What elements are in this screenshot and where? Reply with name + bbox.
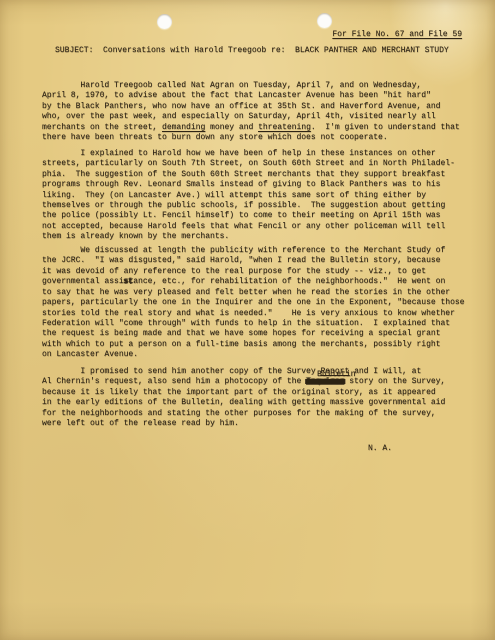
- document-line: them is already known by the merchants.: [42, 232, 466, 242]
- document-line: the police (possibly Lt. Fencil himself)…: [42, 211, 466, 221]
- document-line: We discussed at length the publicity wit…: [42, 246, 466, 256]
- document-line: Al Chernin's request, also send him a ph…: [42, 377, 466, 387]
- document-line: papers, particularly the one in the Inqu…: [42, 298, 466, 308]
- paragraph: We discussed at length the publicity wit…: [42, 246, 466, 361]
- document-line: the JCRC. "I was disgusted," said Harold…: [42, 256, 466, 266]
- interline-correction: Bulletin: [317, 370, 355, 380]
- document-line: streets, particularly on South 7th Stree…: [42, 159, 466, 169]
- document-line: with which to put a person on a full-tim…: [42, 340, 466, 350]
- document-line: there have been threats to burn down any…: [42, 133, 466, 143]
- document-line: on Lancaster Avenue.: [42, 350, 466, 360]
- document-line: in the early editions of the Bulletin, d…: [42, 398, 466, 408]
- struck-word: BulletinInquirer: [306, 377, 344, 386]
- document-line: I explained to Harold how we have been o…: [42, 149, 466, 159]
- document-line: not accepted, because Harold feels that …: [42, 222, 466, 232]
- document-line: themselves or through the public schools…: [42, 201, 466, 211]
- file-reference: For File No. 67 and File 59: [332, 30, 462, 40]
- document-line: by the Black Panthers, who now have an o…: [42, 102, 466, 112]
- scanned-memo-page: For File No. 67 and File 59 SUBJECT: Con…: [0, 0, 495, 640]
- document-line: phia. The suggestion of the South 60th S…: [42, 170, 466, 180]
- document-line: programs through Rev. Leonard Smalls ins…: [42, 180, 466, 190]
- document-line: liking. They (on Lancaster Ave.) will at…: [42, 191, 466, 201]
- document-line: it was devoid of any reference to the re…: [42, 267, 466, 277]
- paragraph: Harold Treegoob called Nat Agran on Tues…: [42, 81, 466, 144]
- document-line: were left out of the release read by him…: [42, 419, 466, 429]
- document-line: merchants on the street, demanding money…: [42, 123, 466, 133]
- document-line: stories told the real story and what is …: [42, 309, 466, 319]
- document-line: the request is being made and that we ha…: [42, 329, 466, 339]
- subject-line: SUBJECT: Conversations with Harold Treeg…: [55, 46, 449, 56]
- document-line: April 8, 1970, to advise about the fact …: [42, 91, 466, 101]
- paragraph: I explained to Harold how we have been o…: [42, 149, 466, 243]
- document-line: I promised to send him another copy of t…: [42, 367, 466, 377]
- document-line: governmental assistance, etc., for rehab…: [42, 277, 466, 287]
- document-line: Federation will "come through" with fund…: [42, 319, 466, 329]
- signature-initials: N. A.: [368, 444, 392, 454]
- punch-hole-icon: [317, 13, 332, 28]
- document-body: Harold Treegoob called Nat Agran on Tues…: [42, 81, 466, 435]
- punch-hole-icon: [157, 14, 172, 29]
- document-line: to say that he was very pleased and felt…: [42, 288, 466, 298]
- document-line: because it is likely that the important …: [42, 388, 466, 398]
- document-line: Harold Treegoob called Nat Agran on Tues…: [42, 81, 466, 91]
- document-line: for the neighborhoods and stating the ot…: [42, 409, 466, 419]
- paragraph: I promised to send him another copy of t…: [42, 367, 466, 430]
- document-line: who, over the past week, and especially …: [42, 112, 466, 122]
